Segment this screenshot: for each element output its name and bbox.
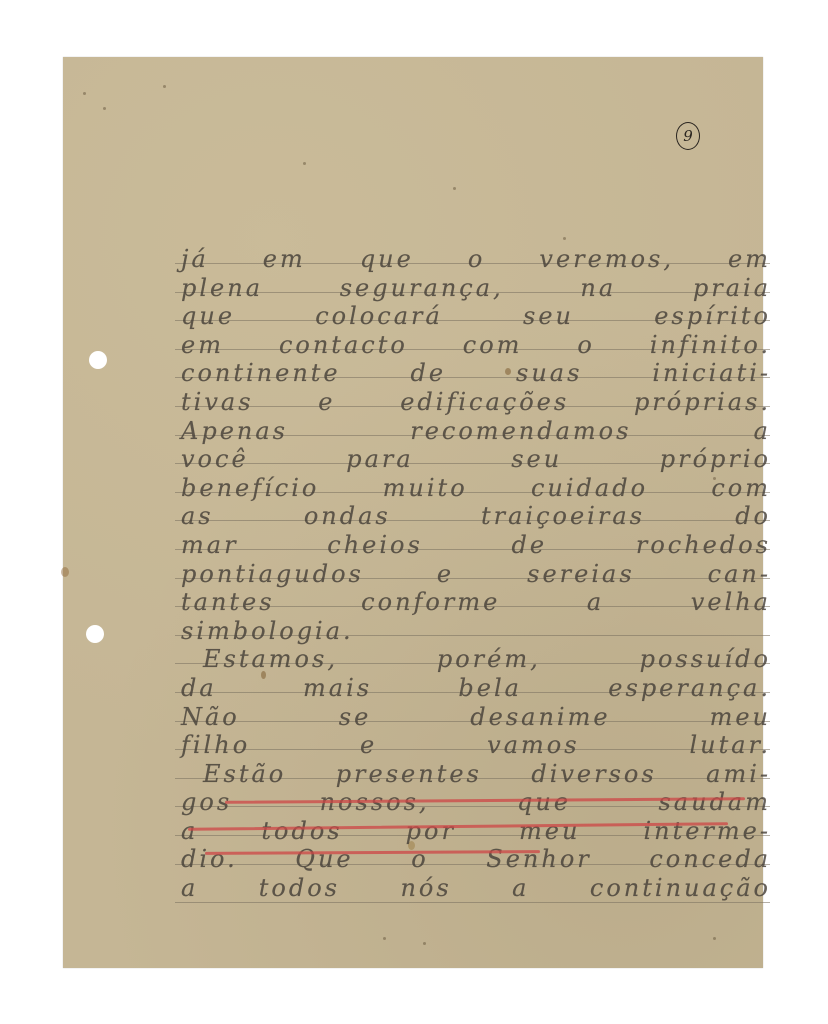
text-line: a todos nós a continuação — [181, 874, 771, 903]
text-line: Apenas recomendamos a — [181, 417, 771, 446]
text-line: você para seu próprio — [181, 445, 771, 474]
paper-speck — [563, 237, 566, 240]
text-line: Estão presentes diversos ami- — [181, 760, 771, 789]
paper-speck — [453, 187, 456, 190]
text-line: Não se desanime meu — [181, 703, 771, 732]
text-line: da mais bela esperança. — [181, 674, 771, 703]
paper-speck — [383, 937, 386, 940]
paper-speck — [303, 162, 306, 165]
binder-hole-bottom — [86, 625, 104, 643]
text-line: em contacto com o infinito. — [181, 331, 771, 360]
paper-speck — [163, 85, 166, 88]
text-line: filho e vamos lutar. — [181, 731, 771, 760]
text-line: as ondas traiçoeiras do — [181, 502, 771, 531]
handwritten-text: já em que o veremos, em plena segurança,… — [181, 245, 771, 903]
text-line: já em que o veremos, em — [181, 245, 771, 274]
text-line: plena segurança, na praia — [181, 274, 771, 303]
paper-speck — [103, 107, 106, 110]
manuscript-page: 9 já em que o veremos, em plena seguranç… — [63, 57, 763, 968]
text-line: simbologia. — [181, 617, 771, 646]
text-line: mar cheios de rochedos — [181, 531, 771, 560]
text-line: que colocará seu espírito — [181, 302, 771, 331]
text-line: tivas e edificações próprias. — [181, 388, 771, 417]
paper-speck — [83, 92, 86, 95]
paper-speck — [423, 942, 426, 945]
text-line: benefício muito cuidado com — [181, 474, 771, 503]
text-line: tantes conforme a velha — [181, 588, 771, 617]
paper-speck — [713, 937, 716, 940]
text-line: Estamos, porém, possuído — [181, 645, 771, 674]
ink-stain — [61, 567, 69, 577]
page-number: 9 — [676, 122, 700, 150]
binder-hole-top — [89, 351, 107, 369]
text-line: pontiagudos e sereias can- — [181, 560, 771, 589]
text-line: continente de suas iniciati- — [181, 359, 771, 388]
text-line: a todos por meu interme- — [181, 817, 771, 846]
